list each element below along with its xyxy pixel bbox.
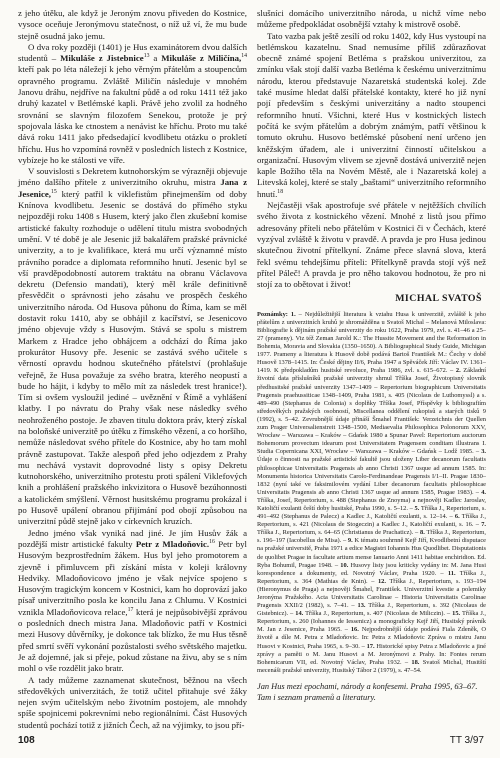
left-column: z jeho útěku, ale když je Jeroným znovu … (18, 8, 247, 731)
paragraph: A tady můžeme zaznamenat skutečnost, běž… (18, 675, 247, 731)
paragraph: slušníci domácího univerzitního národa, … (257, 8, 486, 31)
source-note: Jan Hus mezi epochami, národy a konfesem… (257, 682, 486, 703)
journal-issue: TT 3/97 (450, 735, 484, 746)
scanned-journal-page: z jeho útěku, ale když je Jeroným znovu … (0, 0, 500, 758)
author-signature: MICHAL SVATOŠ (257, 293, 482, 304)
paragraph: V souvislosti s Dekretem kutnohorským se… (18, 166, 247, 528)
article-body: z jeho útěku, ale když je Jeroným znovu … (0, 0, 500, 731)
paragraph: Nejčastěji však apostrofuje své přátele … (257, 200, 486, 290)
footnotes-block: Poznámky: 1. – Nejdůležitější literatura… (257, 311, 486, 675)
right-column: slušníci domácího univerzitního národa, … (257, 8, 486, 731)
paragraph: z jeho útěku, ale když je Jeroným znovu … (18, 8, 247, 42)
paragraph: Jedno jméno však vyniká nad jiné. Je jím… (18, 528, 247, 675)
paragraph: O dva roky později (1401) je Hus examiná… (18, 42, 247, 166)
paragraph: Tato vazba pak ještě zesílí od roku 1402… (257, 31, 486, 200)
page-number: 108 (18, 735, 35, 746)
page-footer: 108 TT 3/97 (18, 735, 484, 746)
